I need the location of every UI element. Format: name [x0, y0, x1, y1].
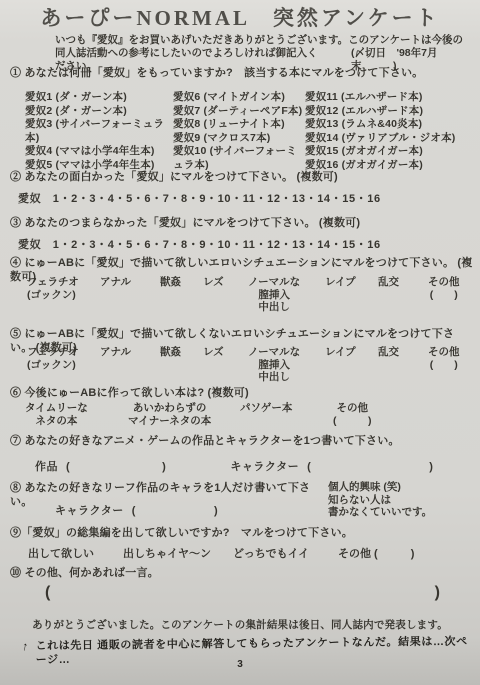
q9-option: 出しちゃイヤ〜ン: [123, 548, 233, 561]
q5-option: 獣姦: [160, 346, 203, 384]
q4-option: フェラチオ (ゴックン): [27, 276, 100, 314]
q9-label: ⑨「愛奴」の総集編を出して欲しいですか? マルをつけて下さい。: [10, 526, 474, 540]
book-item: 愛奴3 (サイバーフォーミュラ本): [25, 118, 173, 145]
book-item: 愛奴4 (ママは小学4年生本): [25, 145, 173, 159]
arrow-up-icon: ↑: [20, 639, 30, 656]
q4-option: レズ: [203, 276, 248, 314]
book-item: 愛奴14 (ヴァリアブル・ジオ本): [305, 132, 455, 146]
q9-option: その他 ( ): [338, 548, 476, 561]
q4-option: 乱交: [378, 276, 428, 314]
q5-option: その他 ( ): [428, 346, 460, 384]
close-paren: ): [435, 583, 440, 604]
thanks-note: ありがとうございました。このアンケートの集計結果は後日、同人誌内で発表します。: [0, 619, 480, 633]
q6-option: あいかわらずの マイナーネタの本: [128, 402, 211, 427]
book-item: 愛奴1 (ダ・ガーン本): [25, 91, 173, 105]
book-item: 愛奴2 (ダ・ガーン本): [25, 105, 173, 119]
q5-option: レイプ: [325, 346, 378, 384]
q8-field-label: キャラクター: [55, 504, 124, 518]
book-item: 愛奴7 (ダーティーペアF本): [173, 105, 305, 119]
q2-label: ② あなたの面白かった「愛奴」にマルをつけて下さい。 (複数可): [10, 170, 474, 184]
q5-option: アナル: [100, 346, 160, 384]
q7-field1-label: 作品: [35, 460, 58, 474]
book-column-2: 愛奴6 (マイトガイン本) 愛奴7 (ダーティーペアF本) 愛奴8 (リューナイ…: [173, 91, 305, 172]
close-paren: ): [162, 460, 166, 474]
book-column-3: 愛奴11 (エルハザード本) 愛奴12 (エルハザード本) 愛奴13 (ラムネ&…: [305, 91, 455, 172]
book-column-1: 愛奴1 (ダ・ガーン本) 愛奴2 (ダ・ガーン本) 愛奴3 (サイバーフォーミュ…: [25, 91, 173, 172]
open-paren: (: [45, 583, 50, 604]
q5-options: フェラチオ (ゴックン) アナル 獣姦 レズ ノーマルな 膣挿入 中出し レイプ…: [27, 346, 476, 384]
q1-label: ① あなたは何冊「愛奴」をもっていますか? 該当する本にマルをつけて下さい。: [10, 66, 474, 80]
open-paren: (: [307, 460, 311, 474]
intro-line-1: いつも『愛奴』をお買いあげいただきありがとうございます。このアンケートは今後の: [55, 34, 468, 47]
q9-options: 出して欲しい 出しちゃイヤ〜ン どっちでもイイ その他 ( ): [28, 548, 476, 561]
q7-field2-label: キャラクター: [230, 460, 299, 474]
q6-option: その他 ( ): [333, 402, 372, 427]
q6-label: ⑥ 今後にゅーABに作って欲しい本は? (複数可): [10, 386, 474, 400]
q10-answer-area: ( ): [45, 583, 440, 604]
book-item: 愛奴13 (ラムネ&40炎本): [305, 118, 455, 132]
q4-option: 獣姦: [160, 276, 203, 314]
book-item: 愛奴11 (エルハザード本): [305, 91, 455, 105]
q7-label: ⑦ あなたの好きなアニメ・ゲームの作品とキャラクターを1つ書いて下さい。: [10, 434, 474, 448]
open-paren: (: [132, 504, 136, 518]
close-paren: ): [429, 460, 433, 474]
book-item: 愛奴8 (リューナイト本): [173, 118, 305, 132]
q6-option: パソゲー本: [240, 402, 333, 427]
book-list: 愛奴1 (ダ・ガーン本) 愛奴2 (ダ・ガーン本) 愛奴3 (サイバーフォーミュ…: [25, 91, 455, 172]
book-item: 愛奴6 (マイトガイン本): [173, 91, 305, 105]
q3-label: ③ あなたのつまらなかった「愛奴」にマルをつけて下さい。 (複数可): [10, 216, 474, 230]
q2-scale: 愛奴 1・2・3・4・5・6・7・8・9・10・11・12・13・14・15・1…: [18, 192, 381, 206]
q10-label: ⑩ その他、何かあれば一言。: [10, 566, 474, 580]
close-paren: ): [214, 504, 218, 518]
q9-option: 出して欲しい: [28, 548, 123, 561]
page-number: 3: [0, 658, 480, 671]
q4-option: アナル: [100, 276, 160, 314]
q7-fields: 作品 ( ) キャラクター ( ): [35, 460, 433, 474]
book-item: 愛奴12 (エルハザード本): [305, 105, 455, 119]
q4-option: レイプ: [325, 276, 378, 314]
q4-option: ノーマルな 膣挿入 中出し: [248, 276, 300, 314]
q5-option: ノーマルな 膣挿入 中出し: [248, 346, 300, 384]
open-paren: (: [66, 460, 70, 474]
q8-side-note: 個人的興味 (笑) 知らない人は 書かなくていいです。: [328, 481, 473, 519]
q3-scale: 愛奴 1・2・3・4・5・6・7・8・9・10・11・12・13・14・15・1…: [18, 238, 381, 252]
q5-option: 乱交: [378, 346, 428, 384]
q4-options: フェラチオ (ゴックン) アナル 獣姦 レズ ノーマルな 膣挿入 中出し レイプ…: [27, 276, 476, 314]
book-item: 愛奴15 (ガオガイガー本): [305, 145, 455, 159]
q9-option: どっちでもイイ: [233, 548, 338, 561]
questionnaire-page: あーぴーNORMAL 突然アンケート いつも『愛奴』をお買いあげいただきありがと…: [0, 0, 480, 685]
book-item: 愛奴10 (サイバーフォーミュラ本): [173, 145, 305, 172]
page-title: あーぴーNORMAL 突然アンケート: [0, 5, 480, 32]
q6-option: タイムリーな ネタの本: [25, 402, 88, 427]
q5-option: レズ: [203, 346, 248, 384]
book-item: 愛奴9 (マクロス7本): [173, 132, 305, 146]
q6-options: タイムリーな ネタの本 あいかわらずの マイナーネタの本 パソゲー本 その他 (…: [25, 402, 476, 427]
q4-option: その他 ( ): [428, 276, 460, 314]
q8-field: キャラクター ( ): [55, 504, 218, 518]
q5-option: フェラチオ (ゴックン): [27, 346, 100, 384]
